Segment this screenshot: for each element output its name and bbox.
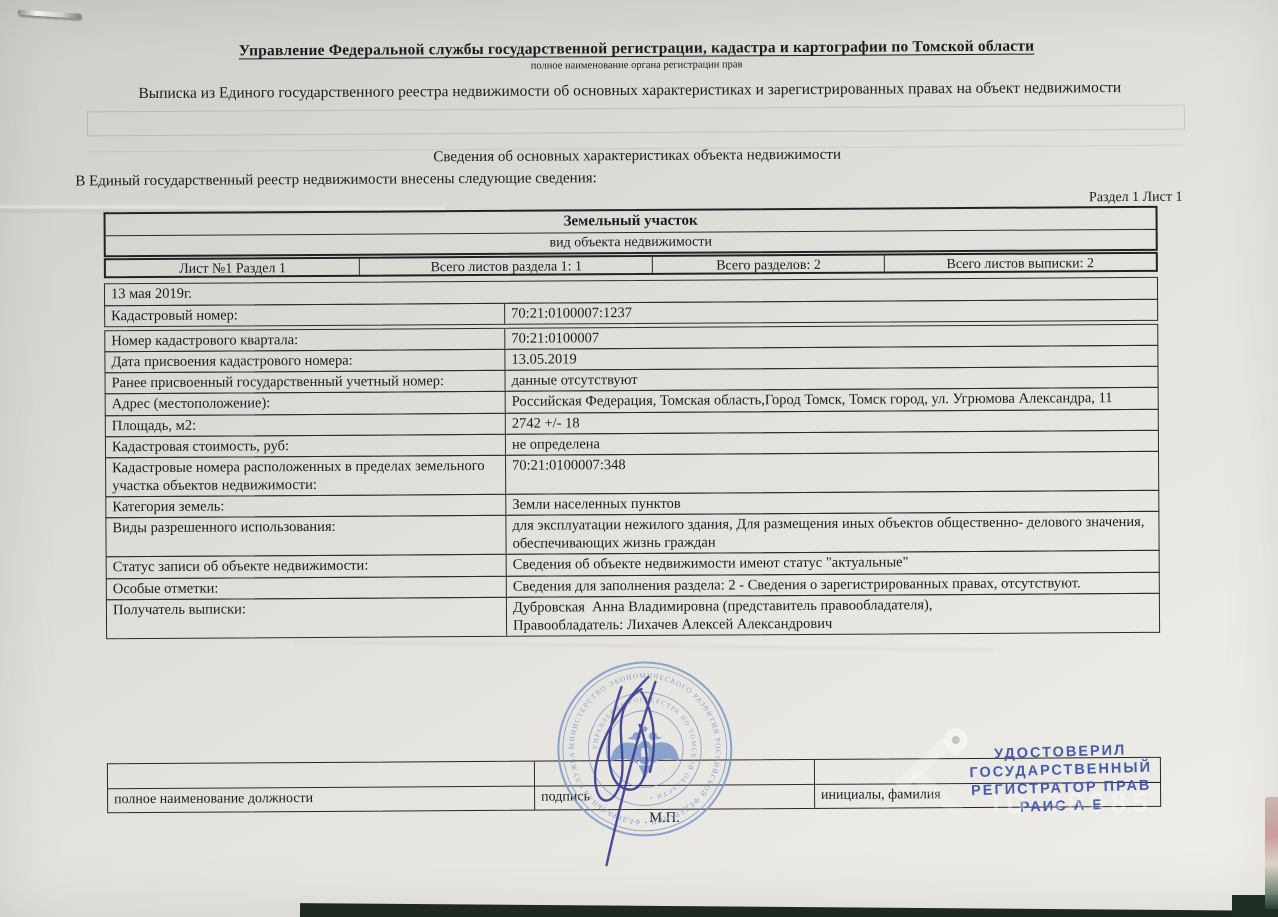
row-label: Ранее присвоенный государственный учетны… <box>106 371 506 394</box>
sheet-cell: Всего листов выписки: 2 <box>884 254 1156 272</box>
position-caption: полное наименование должности <box>108 787 534 813</box>
characteristics-table: Номер кадастрового квартала: 70:21:01000… <box>104 324 1160 639</box>
document-paper: Управление Федеральной службы государств… <box>0 0 1278 917</box>
ghost-empty-row <box>87 105 1185 137</box>
document-title: Выписка из Единого государственного реес… <box>80 79 1180 104</box>
row-label: Адрес (местоположение): <box>106 392 506 415</box>
row-value: 70:21:0100007:348 <box>506 452 1158 494</box>
row-label: Статус записи об объекте недвижимости: <box>107 555 507 578</box>
row-value: Сведения для заполнения раздела: 2 - Све… <box>507 572 1159 596</box>
table-row: Кадастровые номера расположенных в преде… <box>105 451 1159 498</box>
sheet-cell: Всего листов раздела 1: 1 <box>359 257 652 275</box>
photo-background: Управление Федеральной службы государств… <box>0 0 1278 917</box>
row-value: 13.05.2019 <box>505 346 1157 370</box>
row-value: Сведения об объекте недвижимости имеют с… <box>507 551 1159 575</box>
row-label: Виды разрешенного использования: <box>106 516 506 557</box>
row-value: данные отсутствуют <box>505 367 1157 391</box>
row-value: 2742 +/- 18 <box>506 409 1158 433</box>
staple <box>17 10 81 19</box>
background-object <box>1265 797 1278 909</box>
row-value: Дубровская Анна Владимировна (представит… <box>507 593 1159 635</box>
row-label: Особые отметки: <box>107 576 507 599</box>
handwritten-signature <box>553 651 754 880</box>
sheet-cell: Всего разделов: 2 <box>652 256 883 273</box>
row-label: Дата присвоения кадастрового номера: <box>105 350 505 373</box>
row-value: для эксплуатации нежилого здания, Для ра… <box>506 512 1158 554</box>
row-label: Категория земель: <box>106 495 506 518</box>
object-type-box: Земельный участок вид объекта недвижимос… <box>104 206 1158 257</box>
empty-cell <box>108 762 534 790</box>
table-row: Получатель выписки: Дубровская Анна Влад… <box>106 592 1160 639</box>
row-value: не определена <box>506 430 1158 454</box>
row-label: Площадь, м2: <box>106 413 506 436</box>
row-value: 70:21:0100007 <box>505 325 1157 349</box>
sheet-cell: Лист №1 Раздел 1 <box>106 259 359 277</box>
table-row: Виды разрешенного использования: для экс… <box>105 511 1159 558</box>
date-group: 13 мая 2019г. Кадастровый номер: 70:21:0… <box>104 277 1158 327</box>
row-value: Земли населенных пунктов <box>506 491 1158 515</box>
row-label: Кадастровая стоимость, руб: <box>106 434 506 457</box>
row-label: Кадастровые номера расположенных в преде… <box>106 456 506 497</box>
row-value: 70:21:0100007:1237 <box>505 300 1157 324</box>
intro-line: В Единый государственный реестр недвижим… <box>75 170 597 190</box>
watermark-id-text: ID 38085 <box>992 787 1154 820</box>
row-label: Получатель выписки: <box>107 597 507 638</box>
section-page-label: Раздел 1 Лист 1 <box>1089 190 1183 207</box>
row-value: Российская Федерация, Томская область,Го… <box>506 388 1158 412</box>
position-column: полное наименование должности <box>108 762 534 813</box>
row-label: Кадастровый номер: <box>105 304 505 327</box>
row-label: Номер кадастрового квартала: <box>105 329 505 352</box>
